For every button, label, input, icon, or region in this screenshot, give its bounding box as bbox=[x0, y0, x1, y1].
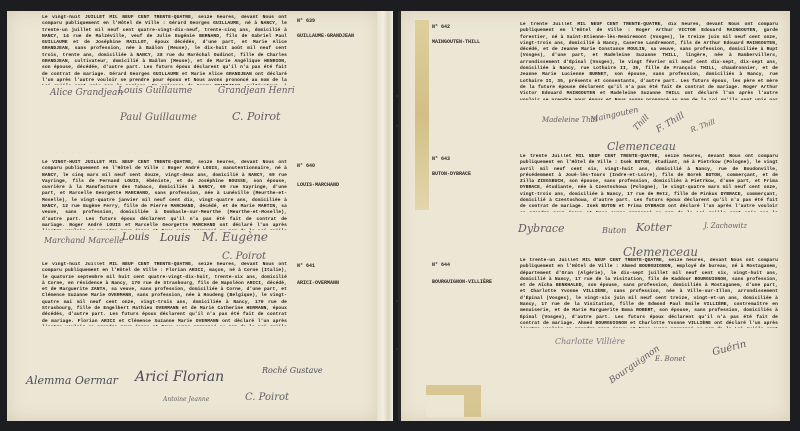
book-spine bbox=[398, 11, 401, 421]
binding-hole bbox=[396, 300, 398, 302]
bleed-through-text: . . . . . . . . . . . . . . . . . . . . … bbox=[50, 150, 280, 156]
signature: Alemma Oermar bbox=[26, 374, 118, 387]
signature: Paul Guillaume bbox=[120, 112, 197, 123]
signature: C. Poirot bbox=[232, 110, 280, 123]
signature: C. Poirot bbox=[222, 251, 266, 262]
entry-names: ARICI-OVERMANN bbox=[297, 280, 339, 286]
signature: Grandjean Henri bbox=[218, 86, 295, 96]
signature: Louis bbox=[122, 232, 149, 243]
signature: Arici Florian bbox=[135, 369, 224, 385]
marriage-entry-644: Le trente-un Juillet MIL NEUF CENT TRENT… bbox=[520, 258, 778, 328]
binding-hole bbox=[396, 95, 398, 97]
entry-number: N° 644 bbox=[432, 262, 450, 268]
entry-number: N° 641 bbox=[297, 263, 315, 269]
binding-hole bbox=[396, 125, 398, 127]
signature: Roché Gustave bbox=[262, 366, 323, 375]
marriage-entry-640: Le VINGT-HUIT JUILLET MIL NEUF CENT TREN… bbox=[42, 160, 287, 230]
signature: Louis bbox=[160, 231, 190, 244]
signature: E. Bonet bbox=[655, 355, 685, 363]
marriage-entry-639: Le vingt-huit JUILLET MIL NEUF CENT TREN… bbox=[42, 15, 287, 85]
entry-number: N° 639 bbox=[297, 18, 315, 24]
signature: Antoine Jeanne bbox=[163, 396, 209, 403]
signature: Clemenceau bbox=[607, 140, 676, 153]
entry-number: N° 643 bbox=[432, 156, 450, 162]
signature: Alice Grandjean bbox=[50, 88, 123, 98]
marriage-entry-642: Le trente Juillet MIL NEUF CENT TRENTE-Q… bbox=[520, 22, 778, 100]
signature: M. Eugène bbox=[202, 230, 268, 244]
entry-names: BUTON-DYBRACE bbox=[432, 171, 471, 177]
signature: Charlotte Villière bbox=[555, 337, 625, 346]
signature: Clemenceau bbox=[623, 245, 698, 259]
signature: C. Poirot bbox=[245, 392, 289, 403]
entry-number: N° 642 bbox=[432, 24, 450, 30]
corner-stain bbox=[426, 385, 481, 417]
signature: Buton bbox=[602, 226, 626, 235]
binding-hole bbox=[396, 348, 398, 350]
signature: Marchand Marcelle bbox=[44, 236, 124, 245]
marriage-entry-643: Le trente Juillet MIL NEUF CENT TRENTE-Q… bbox=[520, 154, 778, 212]
page-edge bbox=[377, 11, 393, 421]
signature: Dybrace bbox=[518, 222, 565, 235]
marriage-entry-641: Le vingt-huit Juillet MIL NEUF CENT TREN… bbox=[42, 262, 287, 326]
entry-number: N° 640 bbox=[297, 163, 315, 169]
entry-names: BOURGUIGNON-VILLIÈRE bbox=[432, 279, 492, 285]
entry-names: GUILLAUME-GRANDJEAN bbox=[297, 33, 354, 39]
signature: Louis Guillaume bbox=[118, 86, 192, 96]
tape-stain bbox=[415, 20, 429, 210]
entry-names: MAINGOUTEN-THILL bbox=[432, 39, 480, 45]
signature: J. Zachowitz bbox=[704, 222, 747, 230]
entry-names: LOUIS-MARCHAND bbox=[297, 182, 339, 188]
signature: Kotter bbox=[636, 221, 671, 234]
